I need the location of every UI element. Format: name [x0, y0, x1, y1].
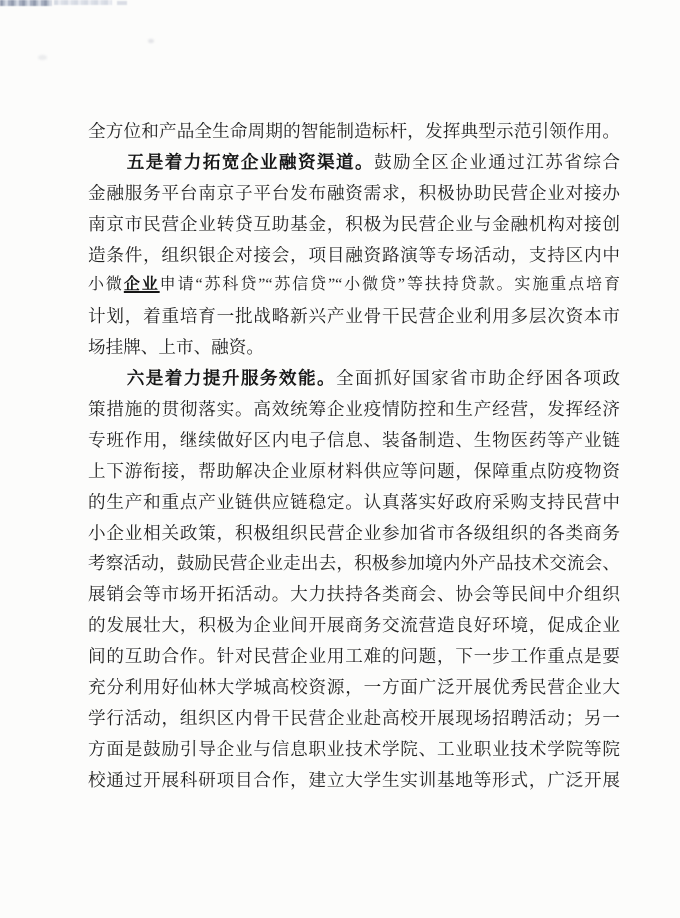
text-line: 校通过开展科研项目合作，建立大学生实训基地等形式，广泛开展 — [88, 765, 620, 796]
scanned-page: 全方位和产品全生命周期的智能制造标杆，发挥典型示范引领作用。五是着力拓宽企业融资… — [0, 0, 680, 918]
body-text: 小微 — [88, 276, 124, 293]
body-text: 申请“苏科贷”“苏信贷”“小微贷”等扶持贷款。实施重点培育 — [160, 276, 620, 293]
body-text: 南京市民营企业转贷互助基金，积极为民营企业与金融机构对接创 — [88, 214, 620, 234]
text-line: 考察活动，鼓励民营企业走出去，积极参加境内外产品技术交流会、 — [88, 548, 620, 579]
body-text: 间的互助合作。针对民营企业用工难的问题，下一步工作重点是要 — [88, 646, 620, 666]
body-text: 造条件，组织银企对接会，项目融资路演等专场活动，支持区内中 — [88, 245, 620, 265]
body-text: 充分利用好仙林大学城高校资源，一方面广泛开展优秀民营企业大 — [88, 677, 620, 697]
body-text: 小企业相关政策，积极组织民营企业参加省市各级组织的各类商务 — [88, 523, 620, 543]
scan-artifact — [0, 0, 130, 7]
text-line: 的发展壮大，积极为企业间开展商务交流营造良好环境，促成企业 — [88, 610, 620, 641]
text-line: 金融服务平台南京子平台发布融资需求，积极协助民营企业对接办 — [88, 178, 620, 209]
body-text: 校通过开展科研项目合作，建立大学生实训基地等形式，广泛开展 — [88, 770, 620, 790]
body-text: 专班作用，继续做好区内电子信息、装备制造、生物医药等产业链 — [88, 430, 620, 450]
scan-artifact-light-segment — [54, 0, 112, 5]
text-line: 展销会等市场开拓活动。大力扶持各类商会、协会等民间中介组织 — [88, 579, 620, 610]
emphasized-underlined-text: 企业 — [124, 276, 160, 293]
text-line: 学行活动，组织区内骨干民营企业赴高校开展现场招聘活动；另一 — [88, 703, 620, 734]
scan-artifact-dot — [117, 1, 127, 5]
scan-artifact-dark-segment — [0, 0, 52, 6]
text-line: 五是着力拓宽企业融资渠道。鼓励全区企业通过江苏省综合 — [88, 147, 620, 178]
paragraph-lead-text: 五是着力拓宽企业融资渠道。 — [127, 152, 374, 172]
body-text: 上下游衔接，帮助解决企业原材料供应等问题，保障重点防疫物资 — [88, 461, 620, 481]
text-line: 六是着力提升服务效能。全面抓好国家省市助企纾困各项政 — [88, 363, 620, 394]
text-line: 小企业相关政策，积极组织民营企业参加省市各级组织的各类商务 — [88, 518, 620, 549]
text-line: 的生产和重点产业链供应链稳定。认真落实好政府采购支持民营中 — [88, 487, 620, 518]
body-text: 方面是鼓励引导企业与信息职业技术学院、工业职业技术学院等院 — [88, 739, 620, 759]
body-text: 策措施的贯彻落实。高效统筹企业疫情防控和生产经营，发挥经济 — [88, 399, 620, 419]
body-text: 展销会等市场开拓活动。大力扶持各类商会、协会等民间中介组织 — [88, 584, 620, 604]
body-text: 鼓励全区企业通过江苏省综合 — [374, 152, 620, 172]
body-text: 考察活动，鼓励民营企业走出去，积极参加境内外产品技术交流会、 — [88, 553, 620, 573]
text-line: 方面是鼓励引导企业与信息职业技术学院、工业职业技术学院等院 — [88, 734, 620, 765]
text-line: 计划，着重培育一批战略新兴产业骨干民营企业利用多层次资本市 — [88, 301, 620, 332]
text-line: 间的互助合作。针对民营企业用工难的问题，下一步工作重点是要 — [88, 641, 620, 672]
body-text: 计划，着重培育一批战略新兴产业骨干民营企业利用多层次资本市 — [88, 306, 620, 326]
document-text-block: 全方位和产品全生命周期的智能制造标杆，发挥典型示范引领作用。五是着力拓宽企业融资… — [88, 116, 620, 796]
text-line: 小微企业申请“苏科贷”“苏信贷”“小微贷”等扶持贷款。实施重点培育 — [88, 270, 620, 301]
scan-speck — [38, 55, 47, 60]
text-line: 造条件，组织银企对接会，项目融资路演等专场活动，支持区内中 — [88, 240, 620, 271]
body-text: 金融服务平台南京子平台发布融资需求，积极协助民营企业对接办 — [88, 183, 620, 203]
paragraph-lead-text: 六是着力提升服务效能。 — [127, 368, 336, 388]
scan-speck — [148, 39, 154, 43]
text-line: 上下游衔接，帮助解决企业原材料供应等问题，保障重点防疫物资 — [88, 456, 620, 487]
body-text: 的生产和重点产业链供应链稳定。认真落实好政府采购支持民营中 — [88, 492, 620, 512]
body-text: 场挂牌、上市、融资。 — [88, 337, 264, 357]
body-text: 的发展壮大，积极为企业间开展商务交流营造良好环境，促成企业 — [88, 615, 620, 635]
text-line: 南京市民营企业转贷互助基金，积极为民营企业与金融机构对接创 — [88, 209, 620, 240]
body-text: 全方位和产品全生命周期的智能制造标杆，发挥典型示范引领作用。 — [88, 121, 620, 141]
body-text: 学行活动，组织区内骨干民营企业赴高校开展现场招聘活动；另一 — [88, 708, 620, 728]
text-line: 场挂牌、上市、融资。 — [88, 332, 620, 363]
body-text: 全面抓好国家省市助企纾困各项政 — [336, 368, 620, 388]
text-line: 充分利用好仙林大学城高校资源，一方面广泛开展优秀民营企业大 — [88, 672, 620, 703]
text-line: 专班作用，继续做好区内电子信息、装备制造、生物医药等产业链 — [88, 425, 620, 456]
text-line: 全方位和产品全生命周期的智能制造标杆，发挥典型示范引领作用。 — [88, 116, 620, 147]
text-line: 策措施的贯彻落实。高效统筹企业疫情防控和生产经营，发挥经济 — [88, 394, 620, 425]
